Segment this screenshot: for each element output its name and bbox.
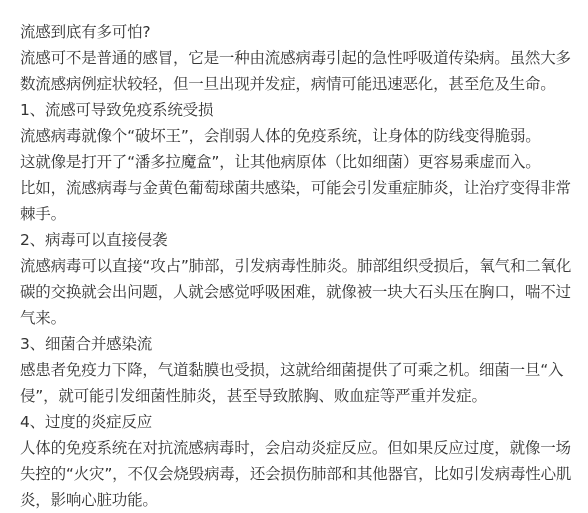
- paragraph-line: 流感可不是普通的感冒，它是一种由流感病毒引起的急性呼吸道传染病。虽然大多: [20, 45, 576, 71]
- paragraph-line: 棘手。: [20, 201, 576, 227]
- paragraph-line: 比如，流感病毒与金黄色葡萄球菌共感染，可能会引发重症肺炎，让治疗变得非常: [20, 175, 576, 201]
- paragraph-line: 流感病毒就像个“破坏王”，会削弱人体的免疫系统，让身体的防线变得脆弱。: [20, 123, 576, 149]
- paragraph-line: 感患者免疫力下降，气道黏膜也受损，这就给细菌提供了可乘之机。细菌一旦“入: [20, 357, 576, 383]
- paragraph-line: 碳的交换就会出问题，人就会感觉呼吸困难，就像被一块大石头压在胸口，喘不过: [20, 279, 576, 305]
- section-heading-3: 3、细菌合并感染流: [20, 331, 576, 357]
- section-heading-1: 1、流感可导致免疫系统受损: [20, 97, 576, 123]
- paragraph-line: 流感病毒可以直接“攻占”肺部，引发病毒性肺炎。肺部组织受损后，氧气和二氧化: [20, 253, 576, 279]
- section-heading-4: 4、过度的炎症反应: [20, 409, 576, 435]
- paragraph-line: 侵”，就可能引发细菌性肺炎，甚至导致脓胸、败血症等严重并发症。: [20, 383, 576, 409]
- section-heading-2: 2、病毒可以直接侵袭: [20, 227, 576, 253]
- paragraph-line: 数流感病例症状较轻，但一旦出现并发症，病情可能迅速恶化，甚至危及生命。: [20, 71, 576, 97]
- paragraph-line: 炎，影响心脏功能。: [20, 487, 576, 500]
- article-title: 流感到底有多可怕?: [20, 19, 576, 45]
- paragraph-line: 失控的“火灾”，不仅会烧毁病毒，还会损伤肺部和其他器官，比如引发病毒性心肌: [20, 461, 576, 487]
- paragraph-line: 这就像是打开了“潘多拉魔盒”，让其他病原体（比如细菌）更容易乘虚而入。: [20, 149, 576, 175]
- paragraph-line: 气来。: [20, 305, 576, 331]
- article-body: 流感到底有多可怕? 流感可不是普通的感冒，它是一种由流感病毒引起的急性呼吸道传染…: [20, 19, 576, 500]
- paragraph-line: 人体的免疫系统在对抗流感病毒时，会启动炎症反应。但如果反应过度，就像一场: [20, 435, 576, 461]
